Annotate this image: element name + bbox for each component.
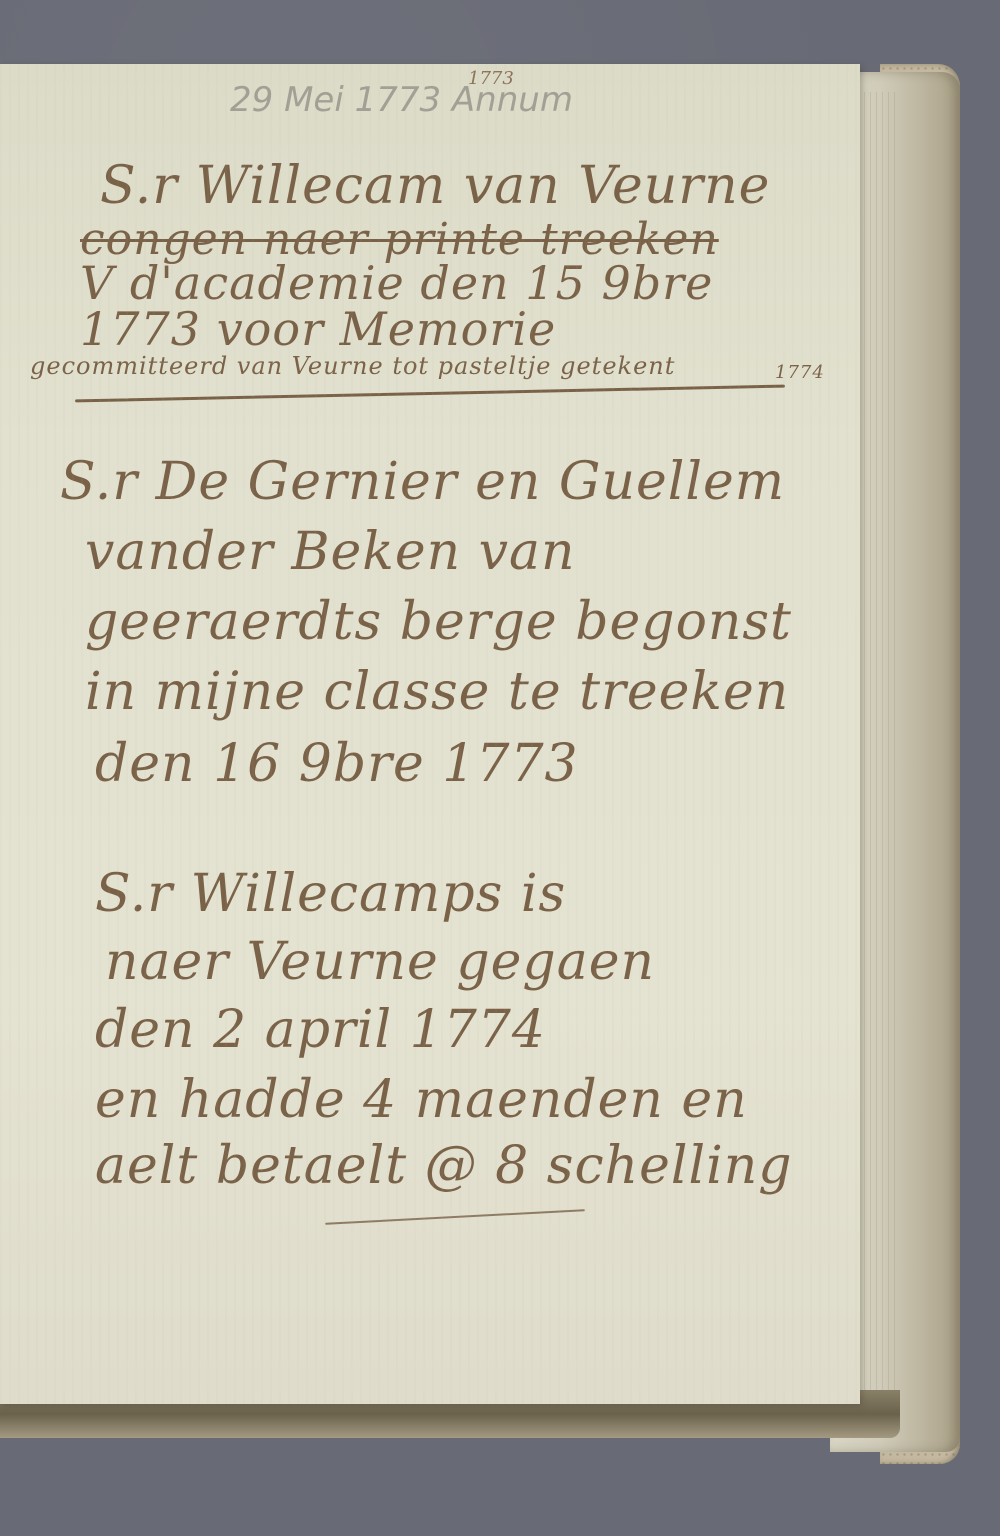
- manuscript-book: 1773 29 Mei 1773 Annum S.r Willecam van …: [0, 64, 965, 1472]
- pencil-note: 29 Mei 1773 Annum: [230, 80, 573, 120]
- closing-flourish: [325, 1209, 585, 1225]
- entry-3-line-5: aelt betaelt @ 8 schelling: [95, 1136, 793, 1196]
- entry-2-line-4: in mijne classe te treeken: [85, 662, 789, 722]
- entry-1-note: gecommitteerd van Veurne tot pasteltje g…: [30, 352, 675, 380]
- manuscript-page: 1773 29 Mei 1773 Annum S.r Willecam van …: [0, 64, 860, 1404]
- entry-1-line-4: 1773 voor Memorie: [80, 302, 556, 356]
- entry-2-line-5: den 16 9bre 1773: [95, 734, 579, 794]
- entry-3-line-2: naer Veurne gegaen: [105, 932, 655, 992]
- entry-divider: [75, 385, 785, 403]
- entry-3-line-1: S.r Willecamps is: [95, 864, 566, 924]
- entry-1-note-year: 1774: [775, 362, 825, 383]
- entry-3-line-4: en hadde 4 maenden en: [95, 1070, 748, 1130]
- entry-1-line-1: S.r Willecam van Veurne: [100, 156, 770, 216]
- entry-3-line-3: den 2 april 1774: [95, 1000, 546, 1060]
- entry-2-line-1: S.r De Gernier en Guellem: [60, 452, 785, 512]
- entry-2-line-3: geeraerdts berge begonst: [85, 592, 792, 652]
- entry-2-line-2: vander Beken van: [85, 522, 575, 582]
